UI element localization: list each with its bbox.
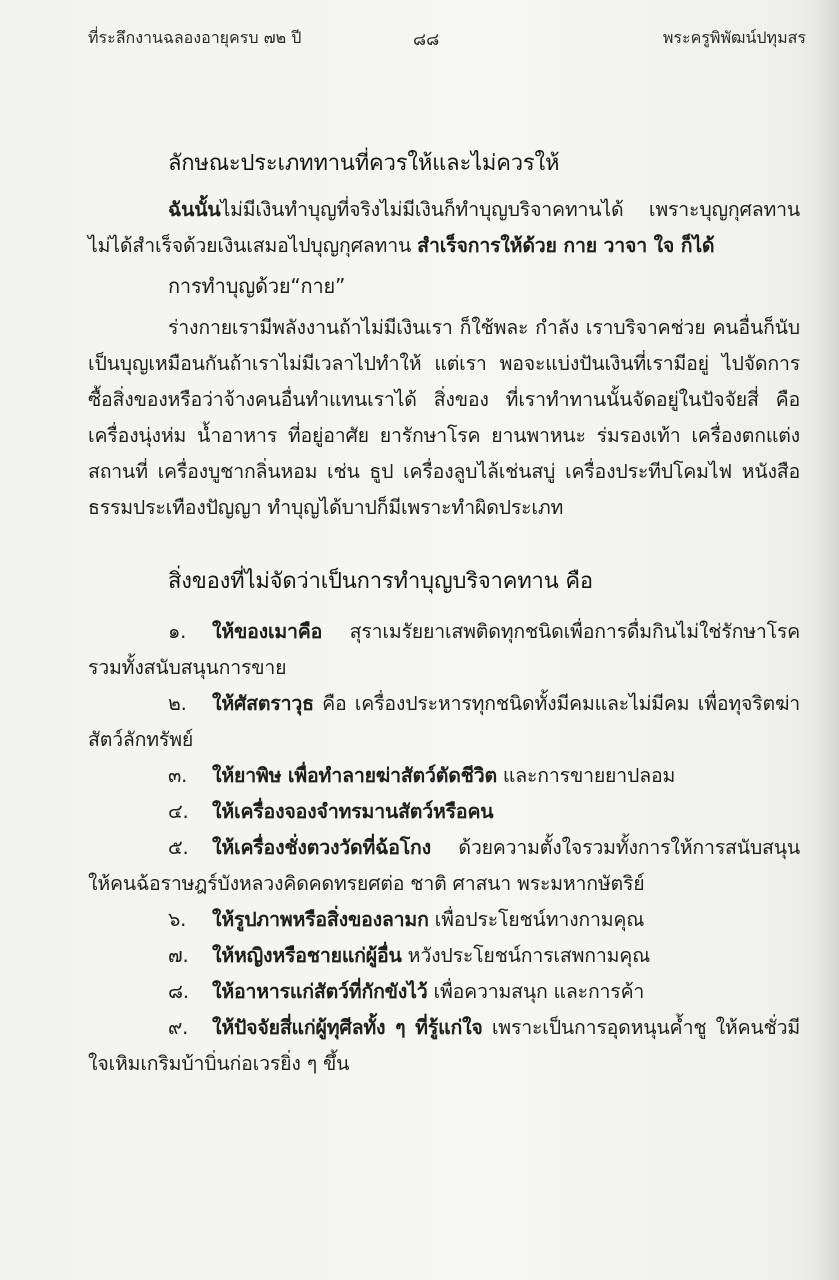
item-number: ๖. bbox=[168, 902, 212, 938]
item-bold: ให้อาหารแก่สัตว์ที่กักขังไว้ bbox=[212, 980, 427, 1003]
running-header: ที่ระลึกงานฉลองอายุครบ ๗๒ ปี ๘๘ พระครูพิ… bbox=[0, 26, 839, 54]
item-number: ๓. bbox=[168, 758, 212, 794]
subheading-body-merit: การทำบุญด้วย“กาย” bbox=[88, 268, 800, 304]
item-number: ๕. bbox=[168, 830, 212, 866]
item-bold: ให้ยาพิษ เพื่อทำลายฆ่าสัตว์ตัดชีวิต bbox=[212, 764, 497, 787]
item-bold: ให้เครื่องจองจำทรมานสัตว์หรือคน bbox=[212, 800, 493, 823]
item-bold: ให้เครื่องชั่งตวงวัดที่ฉ้อโกง bbox=[212, 836, 431, 859]
item-text: หวังประโยชน์การเสพกามคุณ bbox=[402, 944, 650, 967]
item-number: ๙. bbox=[168, 1010, 212, 1046]
intro-bold-lead: ฉันนั้น bbox=[168, 198, 220, 221]
list-item: ๖.ให้รูปภาพหรือสิ่งของลามก เพื่อประโยชน์… bbox=[88, 902, 800, 938]
item-bold: ให้ปัจจัยสี่แก่ผู้ทุศีลทั้ง ๆ ที่รู้แก่ใ… bbox=[212, 1016, 483, 1039]
body-merit-paragraph: ร่างกายเรามีพลังงานถ้าไม่มีเงินเรา ก็ใช้… bbox=[88, 310, 800, 526]
item-number: ๒. bbox=[168, 686, 212, 722]
item-number: ๗. bbox=[168, 938, 212, 974]
page-edge-shadow bbox=[817, 0, 839, 1280]
item-text: และการขายยาปลอม bbox=[497, 764, 675, 787]
list-item: ๓.ให้ยาพิษ เพื่อทำลายฆ่าสัตว์ตัดชีวิต แล… bbox=[88, 758, 800, 794]
list-item: ๗.ให้หญิงหรือชายแก่ผู้อื่น หวังประโยชน์ก… bbox=[88, 938, 800, 974]
list-item: ๑.ให้ของเมาคือ สุราเมรัยยาเสพติดทุกชนิดเ… bbox=[88, 614, 800, 686]
section-title-not-giving: สิ่งของที่ไม่จัดว่าเป็นการทำบุญบริจาคทาน… bbox=[88, 562, 800, 602]
intro-bold-tail: สำเร็จการให้ด้วย กาย วาจา ใจ ก็ได้ bbox=[417, 234, 714, 257]
item-number: ๔. bbox=[168, 794, 212, 830]
section-title-giving-types: ลักษณะประเภททานที่ควรให้และไม่ควรให้ bbox=[88, 144, 800, 184]
item-bold: ให้รูปภาพหรือสิ่งของลามก bbox=[212, 908, 429, 931]
item-bold: ให้ศัสตราวุธ bbox=[212, 692, 314, 715]
page-body: ลักษณะประเภททานที่ควรให้และไม่ควรให้ ฉัน… bbox=[88, 136, 800, 1082]
header-book-title: ที่ระลึกงานฉลองอายุครบ ๗๒ ปี bbox=[88, 26, 301, 51]
item-bold: ให้หญิงหรือชายแก่ผู้อื่น bbox=[212, 944, 402, 967]
list-item: ๘.ให้อาหารแก่สัตว์ที่กักขังไว้ เพื่อความ… bbox=[88, 974, 800, 1010]
not-giving-list: ๑.ให้ของเมาคือ สุราเมรัยยาเสพติดทุกชนิดเ… bbox=[88, 614, 800, 1082]
list-item: ๙.ให้ปัจจัยสี่แก่ผู้ทุศีลทั้ง ๆ ที่รู้แก… bbox=[88, 1010, 800, 1082]
book-page: ที่ระลึกงานฉลองอายุครบ ๗๒ ปี ๘๘ พระครูพิ… bbox=[0, 0, 839, 1280]
item-number: ๑. bbox=[168, 614, 212, 650]
header-author: พระครูพิพัฒน์ปทุมสร bbox=[663, 26, 806, 51]
intro-paragraph: ฉันนั้นไม่มีเงินทำบุญที่จริงไม่มีเงินก็ท… bbox=[88, 192, 800, 264]
list-item: ๕.ให้เครื่องชั่งตวงวัดที่ฉ้อโกง ด้วยความ… bbox=[88, 830, 800, 902]
list-item: ๒.ให้ศัสตราวุธ คือ เครื่องประหารทุกชนิดท… bbox=[88, 686, 800, 758]
item-text: เพื่อประโยชน์ทางกามคุณ bbox=[429, 908, 645, 931]
item-text: เพื่อความสนุก และการค้า bbox=[427, 980, 644, 1003]
page-number: ๘๘ bbox=[413, 26, 439, 53]
list-item: ๔.ให้เครื่องจองจำทรมานสัตว์หรือคน bbox=[88, 794, 800, 830]
item-bold: ให้ของเมาคือ bbox=[212, 620, 322, 643]
item-number: ๘. bbox=[168, 974, 212, 1010]
